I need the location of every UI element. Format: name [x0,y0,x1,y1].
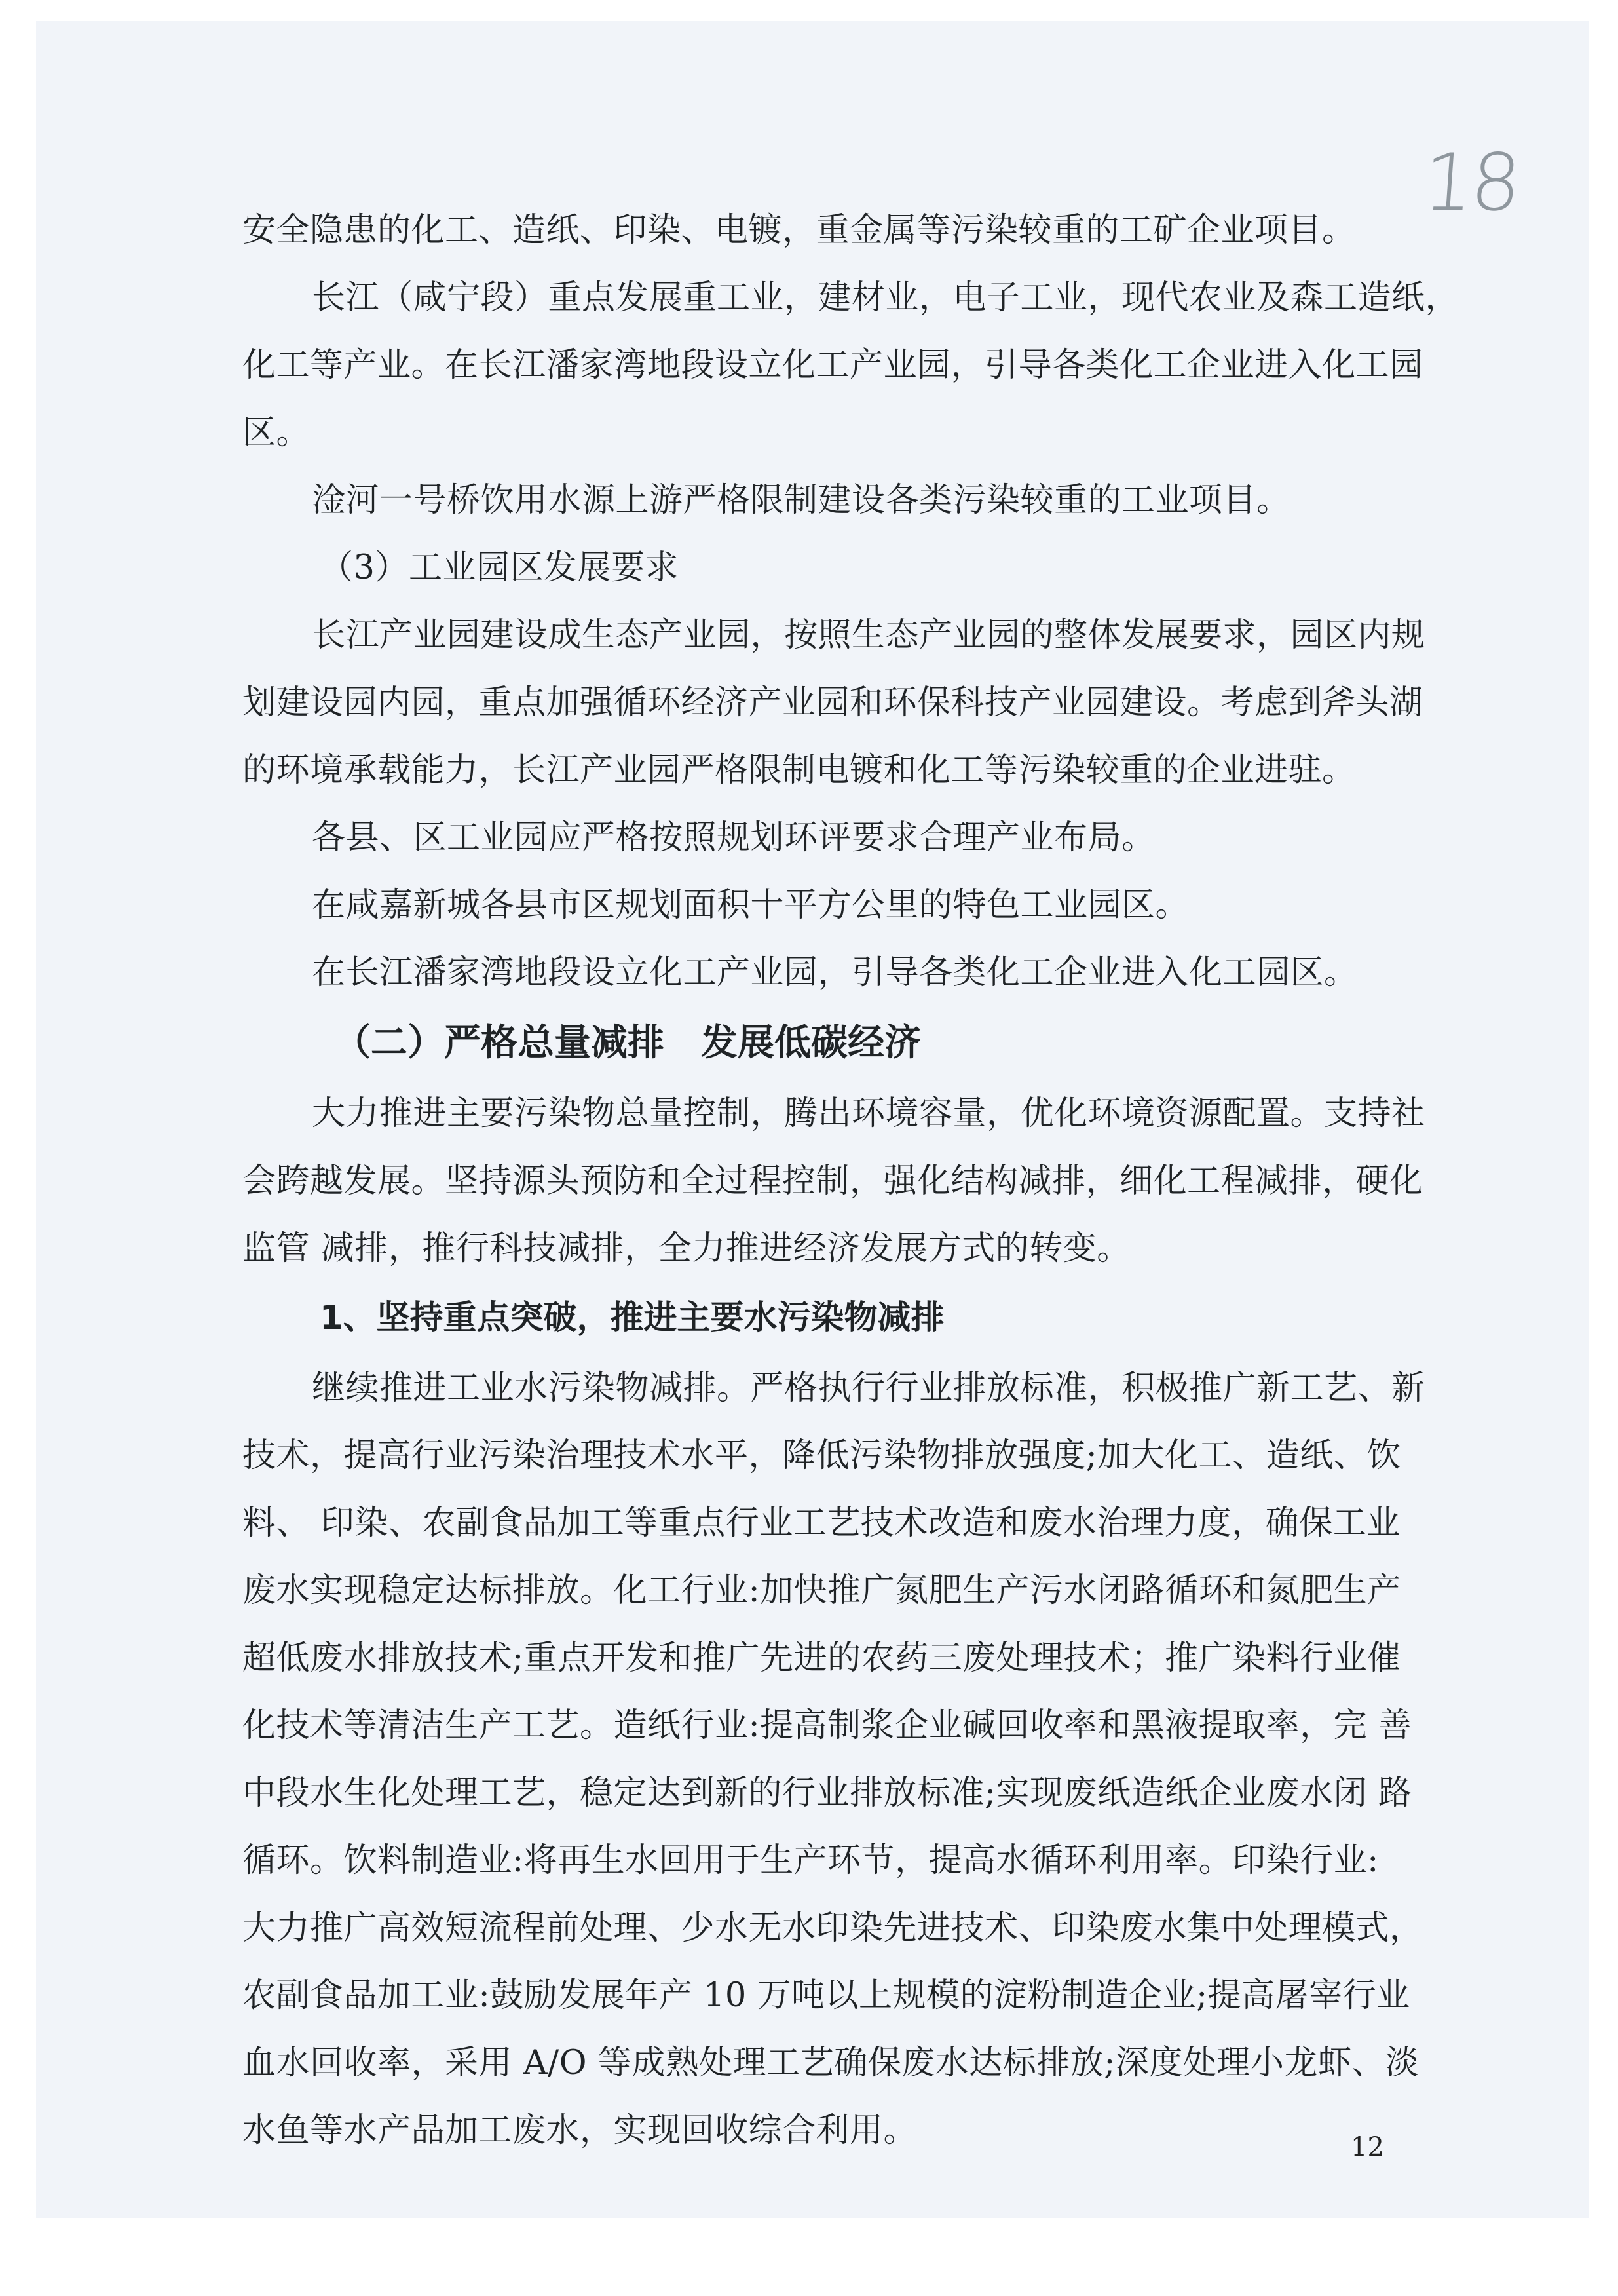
paragraph-line: 淦河一号桥饮用水源上游严格限制建设各类污染较重的工业项目。 [242,467,1382,534]
subheading-industrial-parks: （3）工业园区发展要求 [242,534,1382,602]
section-heading: （二）严格总量减排 发展低碳经济 [242,1006,1382,1080]
paragraph-line: 化工等产业。在长江潘家湾地段设立化工产业园，引导各类化工企业进入化工园 [242,332,1382,399]
paragraph-line: 大力推进主要污染物总量控制，腾出环境容量，优化环境资源配置。支持社 [242,1080,1382,1147]
paragraph-line: 长江产业园建设成生态产业园，按照生态产业园的整体发展要求，园区内规 [242,602,1382,669]
paragraph-line: 循环。饮料制造业:将再生水回用于生产环节，提高水循环利用率。印染行业: [242,1827,1382,1894]
paragraph-line: 安全隐患的化工、造纸、印染、电镀，重金属等污染较重的工矿企业项目。 [242,197,1382,264]
paragraph-line: 化技术等清洁生产工艺。造纸行业:提高制浆企业碱回收率和黑液提取率，完 善 [242,1692,1382,1759]
paragraph-line: 料、 印染、农副食品加工等重点行业工艺技术改造和废水治理力度，确保工业 [242,1489,1382,1557]
paragraph-line: 水鱼等水产品加工废水，实现回收综合利用。 [242,2097,1382,2164]
paragraph-line: 技术，提高行业污染治理技术水平，降低污染物排放强度;加大化工、造纸、饮 [242,1422,1382,1489]
paragraph-line: 农副食品加工业:鼓励发展年产 10 万吨以上规模的淀粉制造企业;提高屠宰行业 [242,1962,1382,2029]
paragraph-line: 各县、区工业园应严格按照规划环评要求合理产业布局。 [242,804,1382,871]
paragraph-line: 区。 [242,399,1382,467]
paragraph-line: 划建设园内园，重点加强循环经济产业园和环保科技产业园建设。考虑到斧头湖 [242,669,1382,737]
paragraph-line: 的环境承载能力，长江产业园严格限制电镀和化工等污染较重的企业进驻。 [242,737,1382,804]
paragraph-line: 会跨越发展。坚持源头预防和全过程控制，强化结构减排，细化工程减排，硬化 [242,1147,1382,1215]
page-number: 12 [1351,2132,1384,2162]
paragraph-line: 血水回收率，采用 A/O 等成熟处理工艺确保废水达标排放;深度处理小龙虾、淡 [242,2029,1382,2097]
handwritten-page-annotation: 18 [1420,138,1521,229]
paragraph-line: 在咸嘉新城各县市区规划面积十平方公里的特色工业园区。 [242,871,1382,939]
paragraph-line: 监管 减排，推行科技减排，全力推进经济发展方式的转变。 [242,1215,1382,1282]
paragraph-line: 废水实现稳定达标排放。化工行业:加快推广氮肥生产污水闭路循环和氮肥生产 [242,1557,1382,1624]
document-body: 安全隐患的化工、造纸、印染、电镀，重金属等污染较重的工矿企业项目。 长江（咸宁段… [242,197,1382,2164]
paragraph-line: 继续推进工业水污染物减排。严格执行行业排放标准，积极推广新工艺、新 [242,1354,1382,1422]
paragraph-line: 大力推广高效短流程前处理、少水无水印染先进技术、印染废水集中处理模式， [242,1894,1382,1962]
paragraph-line: 超低废水排放技术;重点开发和推广先进的农药三废处理技术；推广染料行业催 [242,1624,1382,1692]
paragraph-line: 长江（咸宁段）重点发展重工业，建材业，电子工业，现代农业及森工造纸， [242,264,1382,332]
paragraph-line: 在长江潘家湾地段设立化工产业园，引导各类化工企业进入化工园区。 [242,939,1382,1006]
subsection-heading: 1、坚持重点突破，推进主要水污染物减排 [242,1282,1382,1354]
paragraph-line: 中段水生化处理工艺，稳定达到新的行业排放标准;实现废纸造纸企业废水闭 路 [242,1759,1382,1827]
